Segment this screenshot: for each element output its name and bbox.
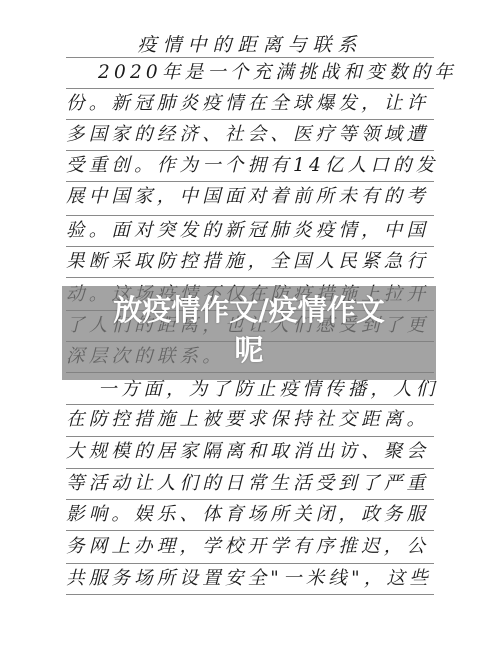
essay-line: 务网上办理，学校开学有序推迟，公	[66, 534, 438, 560]
ruled-line	[66, 530, 434, 531]
essay-line: 2020年是一个充满挑战和变数的年	[66, 60, 438, 86]
essay-line: 在防控措施上被要求保持社交距离。	[66, 407, 438, 433]
ruled-line	[66, 594, 434, 595]
essay-title: 疫情中的距离与联系	[66, 34, 434, 56]
ruled-line	[66, 181, 434, 182]
essay-line: 受重创。作为一个拥有14亿人口的发	[66, 153, 438, 179]
essay-line: 一方面，为了防止疫情传播，人们	[66, 377, 438, 403]
essay-line: 等活动让人们的日常生活受到了严重	[66, 471, 438, 497]
overlay-title-line-2: 呢	[62, 330, 436, 370]
ruled-line	[66, 436, 434, 437]
ruled-line	[66, 150, 434, 151]
overlay-title-line-1: 放疫情作文/疫情作文	[62, 290, 436, 330]
ruled-line	[66, 499, 434, 500]
ruled-line	[66, 119, 434, 120]
ruled-line	[66, 246, 434, 247]
essay-line: 份。新冠肺炎疫情在全球爆发，让许	[66, 91, 438, 117]
essay-line: 大规模的居家隔离和取消出访、聚会	[66, 439, 438, 465]
ruled-line	[66, 404, 434, 405]
essay-line: 共服务场所设置安全"一米线"，这些	[66, 566, 438, 592]
essay-line: 多国家的经济、社会、医疗等领域遭	[66, 122, 438, 148]
ruled-line	[66, 468, 434, 469]
essay-line: 果断采取防控措施，全国人民紧急行	[66, 249, 438, 275]
overlay-title[interactable]: 放疫情作文/疫情作文 呢	[62, 290, 436, 370]
ruled-line	[66, 563, 434, 564]
essay-line: 验。面对突发的新冠肺炎疫情，中国	[66, 218, 438, 244]
ruled-line	[66, 88, 434, 89]
ruled-line	[66, 215, 434, 216]
essay-line: 展中国家，中国面对着前所未有的考	[66, 184, 438, 210]
ruled-line	[66, 277, 434, 278]
essay-line: 影响。娱乐、体育场所关闭，政务服	[66, 502, 438, 528]
ruled-line	[66, 57, 434, 58]
